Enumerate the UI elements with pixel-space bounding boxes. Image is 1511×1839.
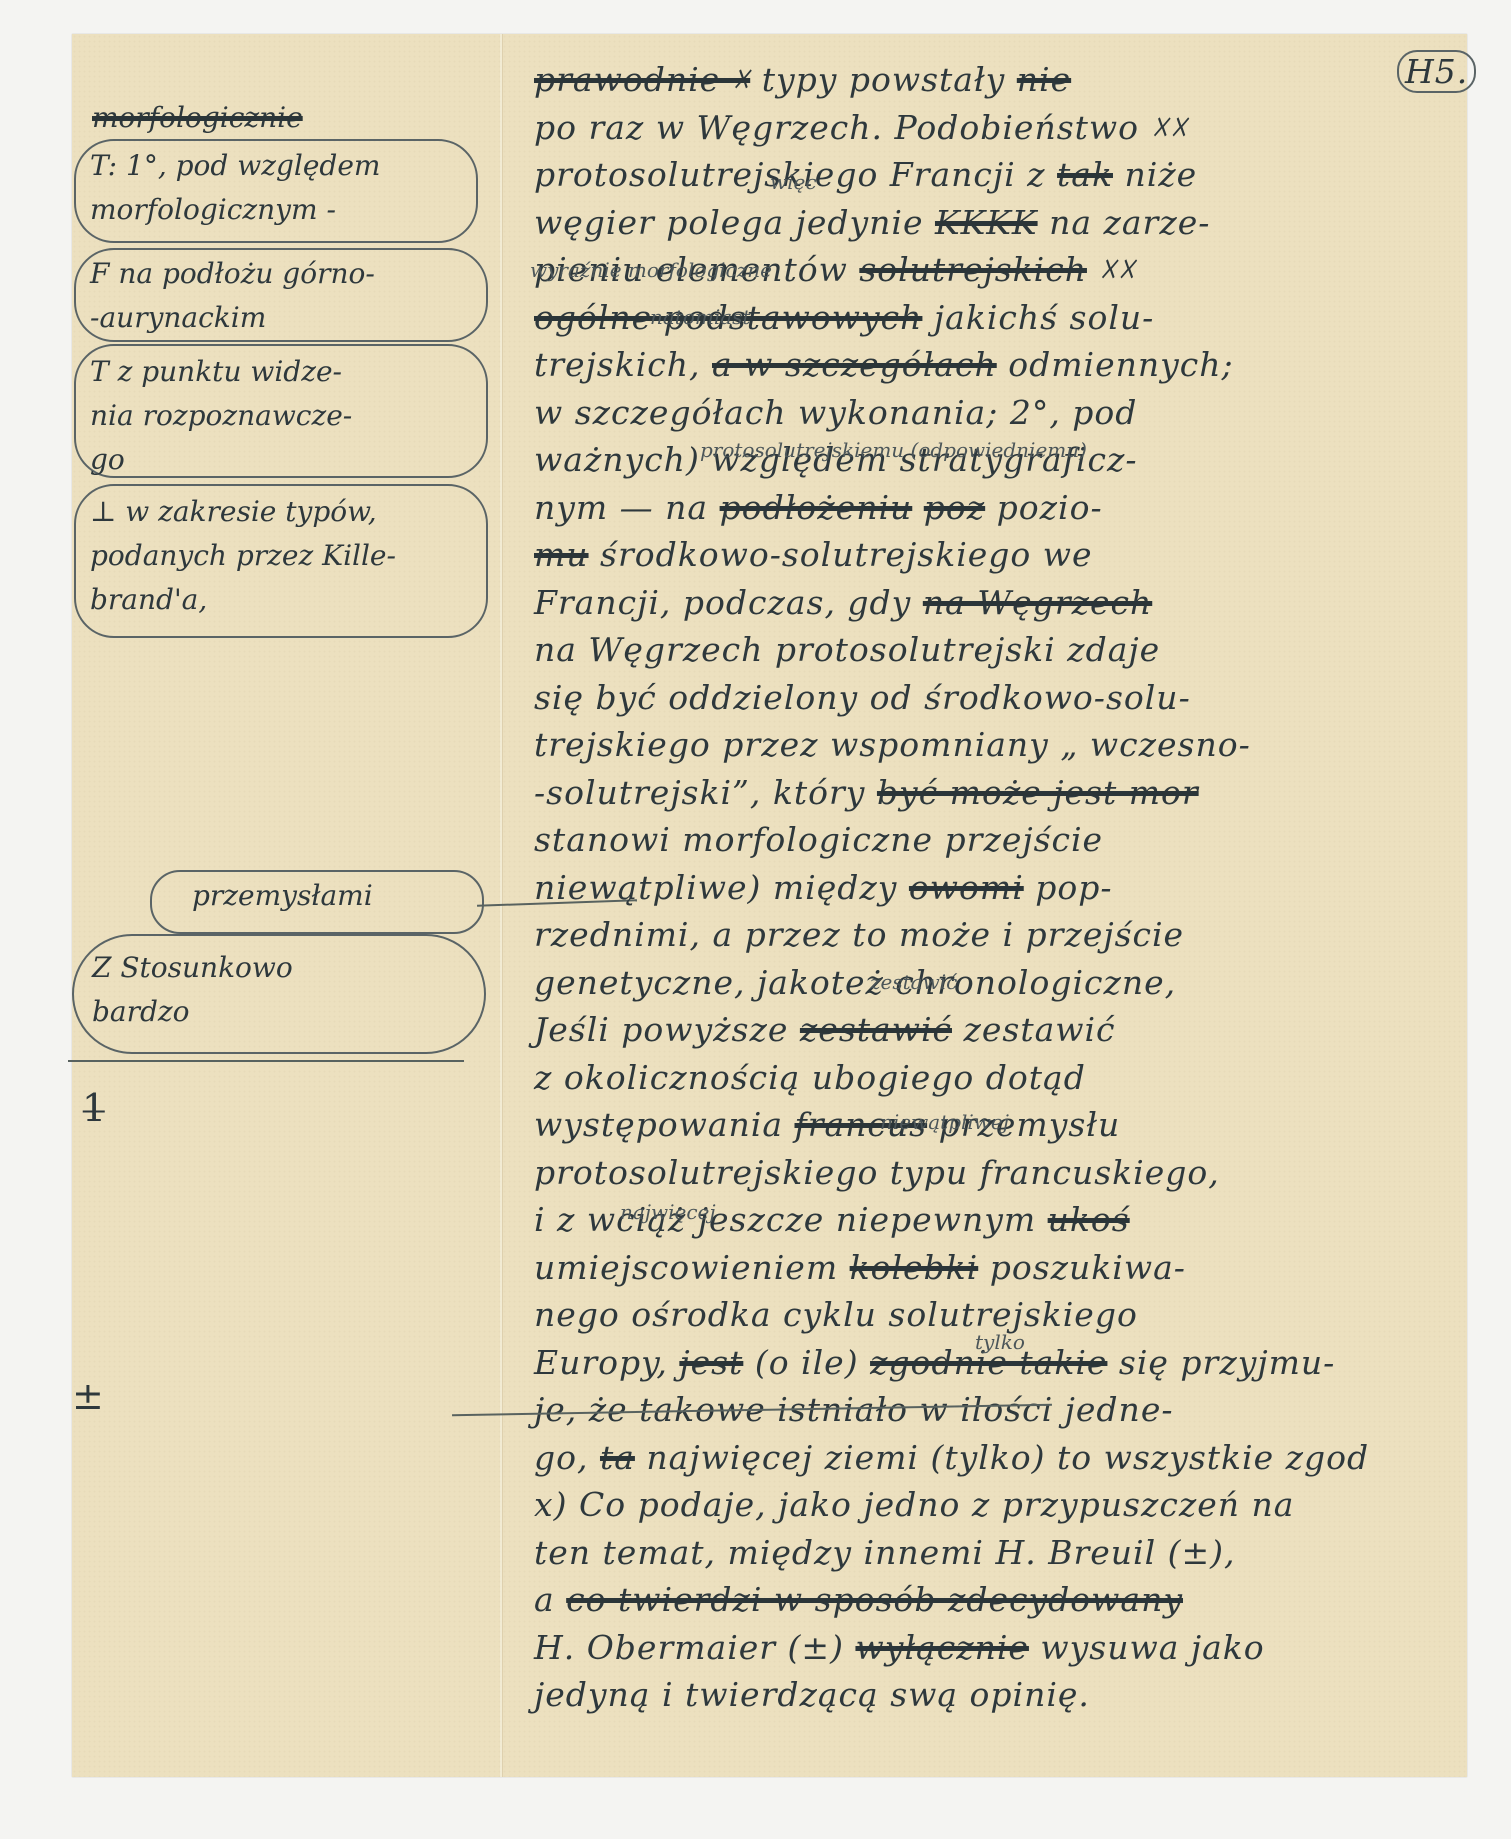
- line-text: H. Obermaier (±): [534, 1628, 855, 1667]
- line-text: się przyjmu-: [1107, 1343, 1335, 1382]
- manuscript-line: x) Co podaje, jako jedno z przypuszczeń …: [534, 1485, 1294, 1524]
- line-text: i z wciąż jeszcze niepewnym: [534, 1200, 1048, 1239]
- struck-text: ukoś: [1048, 1200, 1130, 1239]
- manuscript-line: trejskich, a w szczegółach odmiennych;: [534, 345, 1234, 384]
- margin-note-4: ⊥ w zakresie typów, podanych przez Kille…: [90, 490, 396, 622]
- line-text: pop-: [1024, 868, 1113, 907]
- margin-struck-heading: morfologicznie: [92, 96, 303, 140]
- struck-text: podłożeniu: [720, 488, 913, 527]
- manuscript-line: na Węgrzech protosolutrejski zdaje: [534, 630, 1160, 669]
- line-text: [912, 488, 924, 527]
- insertion-text: najwięcej: [620, 1200, 716, 1224]
- insertion-text: niewątpliwej: [880, 1110, 1009, 1134]
- manuscript-line: protosolutrejskiego typu francuskiego,: [534, 1153, 1220, 1192]
- line-text: zestawić: [952, 1010, 1116, 1049]
- struck-text: jest: [679, 1343, 743, 1382]
- line-text: na Węgrzech protosolutrejski zdaje: [534, 630, 1160, 669]
- struck-text: być może jest mor: [877, 773, 1199, 812]
- manuscript-line: w szczegółach wykonania; 2°, pod: [534, 393, 1137, 432]
- line-text: po raz: [534, 108, 656, 147]
- struck-text: prawodnie ☓: [534, 60, 750, 99]
- margin-symbol-1: 1̶: [82, 1086, 106, 1130]
- line-text: odmiennych;: [997, 345, 1234, 384]
- struck-text: poz: [924, 488, 985, 527]
- margin-note-2: F na podłożu górno- -aurynackim: [90, 252, 375, 340]
- struck-text: tak: [1057, 155, 1113, 194]
- line-text: Francji, podczas, gdy: [534, 583, 923, 622]
- line-text: występowania: [534, 1105, 795, 1144]
- line-text: wczesno-: [1090, 725, 1251, 764]
- insertion-text: tylko: [975, 1330, 1025, 1354]
- margin-note-3: T z punktu widze- nia rozpoznawcze- go: [90, 350, 352, 482]
- manuscript-line: nego ośrodka cyklu solutrejskiego: [534, 1295, 1138, 1334]
- manuscript-line: mu środkowo-solutrejskiego we: [534, 535, 1093, 574]
- line-text: nego ośrodka cyklu solutrejskiego: [534, 1295, 1138, 1334]
- line-text: Jeśli powyższe: [534, 1010, 800, 1049]
- line-text: x) Co podaje, jako jedno z przypuszczeń …: [534, 1485, 1294, 1524]
- line-text: niewątpliwe) między: [534, 868, 909, 907]
- line-text: Europy,: [534, 1343, 679, 1382]
- manuscript-line: ogólne podstawowych jakichś solu-: [534, 298, 1154, 337]
- manuscript-line: umiejscowieniem kolebki poszukiwa-: [534, 1248, 1186, 1287]
- margin-rule: [68, 1060, 464, 1062]
- manuscript-line: -solutrejski”, który być może jest mor: [534, 773, 1199, 812]
- manuscript-line: H. Obermaier (±) wyłącznie wysuwa jako: [534, 1628, 1265, 1667]
- manuscript-line: występowania francus przemysłu: [534, 1105, 1120, 1144]
- line-text: poszukiwa-: [978, 1248, 1186, 1287]
- line-text: niże: [1113, 155, 1197, 194]
- struck-text: a w szczegółach: [712, 345, 997, 384]
- page-mark: H5.: [1397, 52, 1476, 91]
- line-text: środkowo-solutrejskiego we: [589, 535, 1093, 574]
- manuscript-line: Francji, podczas, gdy na Węgrzech: [534, 583, 1152, 622]
- line-text: jedyną i twierdzącą swą opinię.: [534, 1675, 1090, 1714]
- line-text: w szczegółach wykonania; 2°, pod: [534, 393, 1137, 432]
- manuscript-line: się być oddzielony od środkowo-solu-: [534, 678, 1191, 717]
- line-text: jakichś solu-: [922, 298, 1154, 337]
- manuscript-line: genetyczne, jakoteż chronologiczne,: [534, 963, 1176, 1002]
- line-text: -solutrejski”, który: [534, 773, 877, 812]
- manuscript-line: ten temat, między innemi H. Breuil (±),: [534, 1533, 1236, 1572]
- line-text: a: [534, 1580, 566, 1619]
- struck-text: solutrejskich: [859, 250, 1087, 289]
- manuscript-line: rzednimi, a przez to może i przejście: [534, 915, 1184, 954]
- struck-text: nie: [1017, 60, 1071, 99]
- struck-text: KKKK: [935, 203, 1038, 242]
- struck-text: owomi: [909, 868, 1024, 907]
- line-text: genetyczne, jakoteż chronologiczne,: [534, 963, 1176, 1002]
- line-text: ☓☓: [1087, 250, 1136, 289]
- margin-symbol-2: ±: [72, 1374, 104, 1418]
- line-text: węgier polega jedynie: [534, 203, 935, 242]
- line-text: rzednimi, a przez to może i przejście: [534, 915, 1184, 954]
- manuscript-line: a co twierdzi w sposób zdecydowany: [534, 1580, 1183, 1619]
- line-text: umiejscowieniem: [534, 1248, 850, 1287]
- line-text: ubogiego dotąd: [812, 1058, 1086, 1097]
- line-text: pozio-: [985, 488, 1102, 527]
- line-text: wysuwa jako: [1029, 1628, 1265, 1667]
- margin-note-bottom: Z Stosunkowo bardzo: [92, 946, 293, 1034]
- manuscript-line: z okolicznością ubogiego dotąd: [534, 1058, 1086, 1097]
- insertion-text: więc: [770, 170, 817, 194]
- line-text: z okolicznością: [534, 1058, 812, 1097]
- insertion-text: wyraźnie morfologiczne: [530, 258, 772, 282]
- struck-text: co twierdzi w sposób zdecydowany: [566, 1580, 1183, 1619]
- insertion-text: natomiast: [650, 305, 750, 329]
- line-text: się być oddzielony od środkowo-solu-: [534, 678, 1191, 717]
- struck-text: zestawić: [800, 1010, 952, 1049]
- manuscript-line: stanowi morfologiczne przejście: [534, 820, 1103, 859]
- line-text: trejskich,: [534, 345, 712, 384]
- margin-callout: przemysłami: [192, 874, 373, 918]
- line-text: ten temat, między innemi H. Breuil (±),: [534, 1533, 1236, 1572]
- margin-note-1: T: 1°, pod względem morfologicznym -: [90, 144, 380, 232]
- line-text: je, że takowe istniało w ilości jedne-: [534, 1390, 1174, 1429]
- struck-text: ta: [600, 1438, 635, 1477]
- line-text: go,: [534, 1438, 600, 1477]
- struck-text: mu: [534, 535, 589, 574]
- manuscript-line: Europy, jest (o ile) zgodnie takie się p…: [534, 1343, 1335, 1382]
- manuscript-line: prawodnie ☓ typy powstały nie: [534, 60, 1071, 99]
- insertion-text: zestawić: [870, 970, 957, 994]
- line-text: (o ile): [743, 1343, 870, 1382]
- struck-text: wyłącznie: [855, 1628, 1028, 1667]
- manuscript-line: nym — na podłożeniu poz pozio-: [534, 488, 1103, 527]
- manuscript-line: Jeśli powyższe zestawić zestawić: [534, 1010, 1116, 1049]
- line-text: typy powstały: [750, 60, 1017, 99]
- manuscript-line: protosolutrejskiego Francji z tak niże: [534, 155, 1197, 194]
- manuscript-line: go, ta najwięcej ziemi (tylko) to wszyst…: [534, 1438, 1369, 1477]
- manuscript-page: H5. morfologicznie T: 1°, pod względem m…: [72, 34, 1467, 1777]
- manuscript-line: trejskiego przez wspomniany „ wczesno-: [534, 725, 1251, 764]
- manuscript-line: niewątpliwe) między owomi pop-: [534, 868, 1113, 907]
- line-text: na zarze-: [1038, 203, 1211, 242]
- line-text: w Węgrzech. Podobieństwo ☓☓: [656, 108, 1188, 147]
- line-text: trejskiego przez wspomniany „: [534, 725, 1090, 764]
- line-text: nym — na: [534, 488, 720, 527]
- manuscript-line: jedyną i twierdzącą swą opinię.: [534, 1675, 1090, 1714]
- line-text: protosolutrejskiego typu francuskiego,: [534, 1153, 1220, 1192]
- struck-text: kolebki: [850, 1248, 979, 1287]
- struck-text: na Węgrzech: [923, 583, 1152, 622]
- line-text: najwięcej ziemi (tylko) to wszystkie zgo…: [635, 1438, 1369, 1477]
- insertion-text: protosolutrejskiemu (odpowiedniemu): [700, 438, 1087, 462]
- manuscript-line: po raz w Węgrzech. Podobieństwo ☓☓: [534, 108, 1188, 147]
- line-text: stanowi morfologiczne przejście: [534, 820, 1103, 859]
- manuscript-line: węgier polega jedynie KKKK na zarze-: [534, 203, 1210, 242]
- manuscript-line: je, że takowe istniało w ilości jedne-: [534, 1390, 1174, 1429]
